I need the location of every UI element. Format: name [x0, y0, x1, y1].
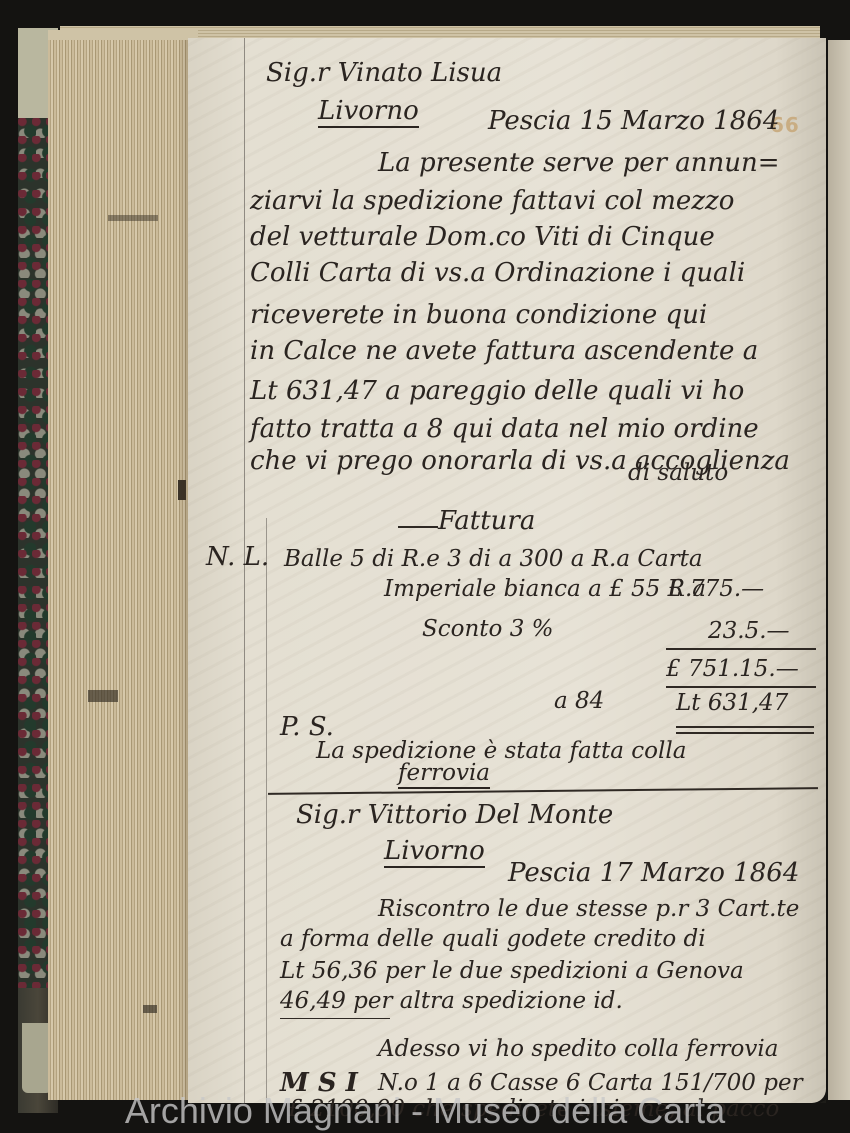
invoice-line-amount: 23.5.—	[708, 620, 790, 643]
edge-ink-mark	[143, 1005, 157, 1013]
edge-ink-mark	[178, 480, 186, 500]
letter1-dateline: Pescia 15 Marzo 1864	[488, 108, 779, 134]
letter1-recipient: Sig.r Vinato Lisua	[266, 60, 502, 86]
letter2-line: a forma delle quali godete credito di	[280, 928, 706, 951]
edge-ink-mark	[88, 690, 118, 702]
letter2-line: Lt 56,36 per le due spedizioni a Genova	[280, 960, 744, 983]
letter2-dateline: Pescia 17 Marzo 1864	[508, 860, 799, 886]
letter2-recipient: Sig.r Vittorio Del Monte	[296, 802, 613, 828]
postscript-line: La spedizione è stata fatta colla	[316, 740, 686, 763]
invoice-double-rule	[676, 732, 814, 734]
letter1-line: riceverete in buona condizione qui	[250, 302, 707, 328]
letter2-line: Riscontro le due stesse p.r 3 Cart.te	[378, 898, 799, 921]
letter1-line: ziarvi la spedizione fattavi col mezzo	[250, 188, 734, 214]
invoice-mark: N. L.	[206, 544, 269, 570]
letter1-city: Livorno	[318, 98, 419, 128]
invoice-line-desc: Sconto 3 %	[422, 618, 554, 641]
invoice-title: Fattura	[438, 508, 535, 534]
postscript-line: ferrovia	[398, 762, 490, 789]
letter1-line: Colli Carta di vs.a Ordinazione i quali	[250, 260, 745, 286]
invoice-subtotal-rule	[666, 648, 816, 650]
letter2-city: Livorno	[384, 838, 485, 868]
invoice-line-desc: Imperiale bianca a £ 55 R.a	[384, 578, 706, 601]
invoice-title-dash	[398, 526, 438, 528]
postscript-label: P. S.	[280, 714, 334, 740]
invoice-total-amount: Lt 631,47	[676, 692, 788, 715]
margin-rule-inner	[266, 518, 267, 1103]
letter2-line: Adesso vi ho spedito colla ferrovia	[378, 1038, 778, 1061]
letter1-closing: di saluto	[628, 462, 728, 485]
invoice-line-amount: £ 751.15.—	[666, 658, 799, 681]
facing-page-edge	[828, 40, 850, 1100]
letter2-line: 46,49 per altra spedizione id.	[280, 990, 623, 1013]
marbled-cover	[18, 118, 50, 988]
page-stack-edges	[48, 30, 198, 1100]
letter1-line: in Calce ne avete fattura ascendente a	[250, 338, 758, 364]
letter1-line: La presente serve per annun=	[378, 150, 780, 176]
letter1-line: del vetturale Dom.co Viti di Cinque	[250, 224, 715, 250]
invoice-line-desc: Balle 5 di R.e 3 di a 300 a R.a Carta	[284, 548, 703, 571]
letter2-amount-rule	[280, 1018, 390, 1019]
letter-book-page: 66 Sig.r Vinato Lisua Livorno Pescia 15 …	[188, 38, 826, 1103]
invoice-line-desc: a 84	[554, 690, 604, 713]
invoice-double-rule	[676, 726, 814, 728]
letter1-line: fatto tratta a 8 qui data nel mio ordine	[250, 416, 759, 442]
invoice-line-amount: £ 775.—	[668, 578, 764, 601]
letter1-line: Lt 631,47 a pareggio delle quali vi ho	[250, 378, 744, 404]
letter-separator	[268, 787, 818, 795]
edge-ink-mark	[108, 215, 158, 221]
archive-watermark: Archivio Magnani - Museo della Carta	[0, 1090, 850, 1132]
invoice-total-rule	[666, 686, 816, 688]
